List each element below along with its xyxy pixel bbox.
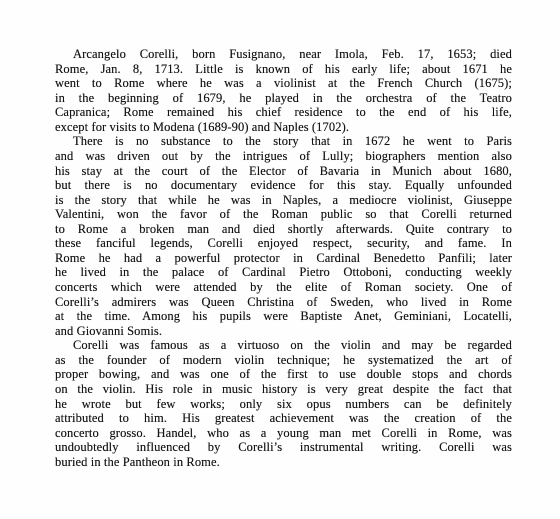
text-line: his stay at the court of the Elector of … xyxy=(55,164,512,179)
text-line: and Giovanni Somis. xyxy=(55,324,512,339)
text-line: he lived in the palace of Cardinal Pietr… xyxy=(55,265,512,280)
text-line: in the beginning of 1679, he played in t… xyxy=(55,91,512,106)
text-line: buried in the Pantheon in Rome. xyxy=(55,455,512,470)
text-line: proper bowing, and was one of the first … xyxy=(55,367,512,382)
text-line: Corelli was famous as a virtuoso on the … xyxy=(55,338,512,353)
text-line: as the founder of modern violin techniqu… xyxy=(55,353,512,368)
text-line: but there is no documentary evidence for… xyxy=(55,178,512,193)
text-line: Capranica; Rome remained his chief resid… xyxy=(55,105,512,120)
text-line: and was driven out by the intrigues of L… xyxy=(55,149,512,164)
text-line: concerto grosso. Handel, who as a young … xyxy=(55,426,512,441)
text-line: Rome he had a powerful protector in Card… xyxy=(55,251,512,266)
scanned-page: Arcangelo Corelli, born Fusignano, near … xyxy=(0,0,560,519)
text-line: except for visits to Modena (1689-90) an… xyxy=(55,120,512,135)
text-line: is the story that while he was in Naples… xyxy=(55,193,512,208)
text-line: on the violin. His role in music history… xyxy=(55,382,512,397)
document-text: Arcangelo Corelli, born Fusignano, near … xyxy=(55,47,512,469)
text-line: went to Rome where he was a violinist at… xyxy=(55,76,512,91)
text-line: undoubtedly influenced by Corelli’s inst… xyxy=(55,440,512,455)
text-line: Arcangelo Corelli, born Fusignano, near … xyxy=(55,47,512,62)
text-line: There is no substance to the story that … xyxy=(55,134,512,149)
text-line: Valentini, won the favor of the Roman pu… xyxy=(55,207,512,222)
text-line: at the time. Among his pupils were Bapti… xyxy=(55,309,512,324)
text-line: Rome, Jan. 8, 1713. Little is known of h… xyxy=(55,62,512,77)
text-line: concerts which were attended by the elit… xyxy=(55,280,512,295)
text-line: he wrote but few works; only six opus nu… xyxy=(55,397,512,412)
text-line: attributed to him. His greatest achievem… xyxy=(55,411,512,426)
text-line: these fanciful legends, Corelli enjoyed … xyxy=(55,236,512,251)
text-line: to Rome a broken man and died shortly af… xyxy=(55,222,512,237)
text-line: Corelli’s admirers was Queen Christina o… xyxy=(55,295,512,310)
